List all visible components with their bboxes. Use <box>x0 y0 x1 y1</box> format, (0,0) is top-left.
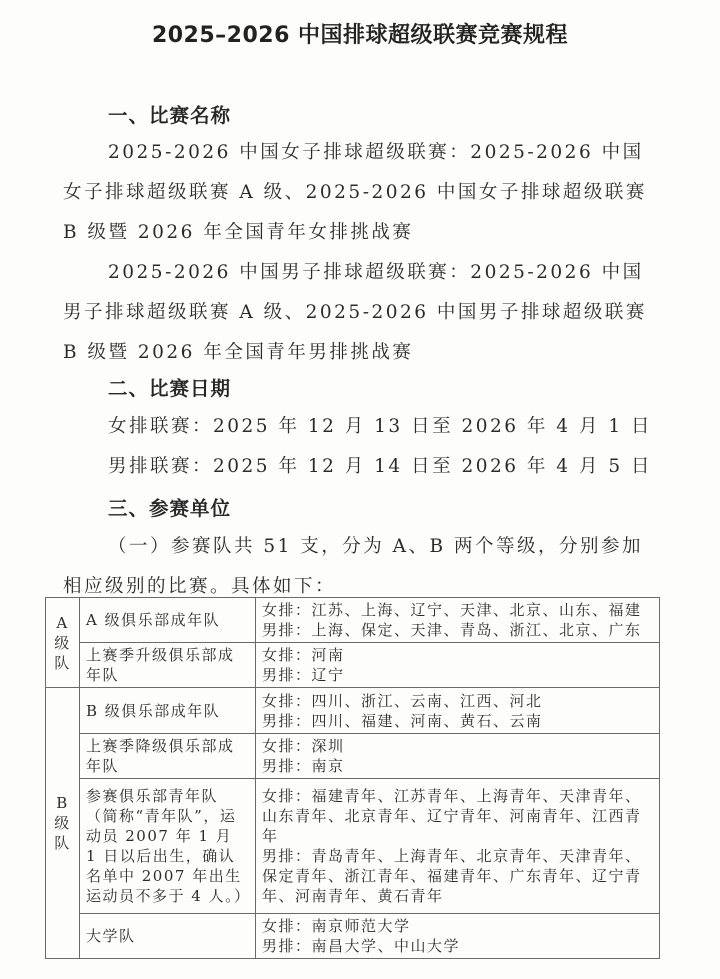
teams-cell: 女排：四川、浙江、云南、江西、河北男排：四川、福建、河南、黄石、云南 <box>256 688 660 734</box>
section-heading-participants: 三、参赛单位 <box>108 493 231 521</box>
section-heading-competition-name: 一、比赛名称 <box>108 100 231 128</box>
paragraph-men-league-name: 2025-2026 中国男子排球超级联赛：2025-2026 中国男子排球超级联… <box>63 253 663 373</box>
teams-cell: 女排：河南男排：辽宁 <box>256 643 660 688</box>
section-heading-competition-dates: 二、比赛日期 <box>108 373 231 401</box>
category-cell: 大学队 <box>80 914 256 959</box>
category-cell: B 级俱乐部成年队 <box>80 688 256 734</box>
table-row: 大学队 女排：南京师范大学男排：南昌大学、中山大学 <box>46 914 660 959</box>
table-row: 上赛季升级俱乐部成年队 女排：河南男排：辽宁 <box>46 643 660 688</box>
table-row: B级队 B 级俱乐部成年队 女排：四川、浙江、云南、江西、河北男排：四川、福建、… <box>46 688 660 734</box>
participants-intro: （一）参赛队共 51 支，分为 A、B 两个等级，分别参加相应级别的比赛。具体如… <box>63 527 663 607</box>
participating-teams-table: A级队 A 级俱乐部成年队 女排：江苏、上海、辽宁、天津、北京、山东、福建男排：… <box>45 597 660 959</box>
men-league-dates: 男排联赛：2025 年 12 月 14 日至 2026 年 4 月 5 日 <box>108 452 652 478</box>
women-league-dates: 女排联赛：2025 年 12 月 13 日至 2026 年 4 月 1 日 <box>108 412 652 438</box>
table-row: 参赛俱乐部青年队（简称“青年队”，运动员 2007 年 1 月 1 日以后出生，… <box>46 779 660 914</box>
document-title: 2025–2026 中国排球超级联赛竞赛规程 <box>0 18 720 49</box>
category-cell: 参赛俱乐部青年队（简称“青年队”，运动员 2007 年 1 月 1 日以后出生，… <box>80 779 256 914</box>
teams-cell: 女排：深圳男排：南京 <box>256 734 660 779</box>
teams-cell: 女排：南京师范大学男排：南昌大学、中山大学 <box>256 914 660 959</box>
teams-cell: 女排：福建青年、江苏青年、上海青年、天津青年、山东青年、北京青年、辽宁青年、河南… <box>256 779 660 914</box>
table-row: 上赛季降级俱乐部成年队 女排：深圳男排：南京 <box>46 734 660 779</box>
teams-cell: 女排：江苏、上海、辽宁、天津、北京、山东、福建男排：上海、保定、天津、青岛、浙江… <box>256 598 660 643</box>
category-cell: 上赛季升级俱乐部成年队 <box>80 643 256 688</box>
tier-label-b: B级队 <box>46 688 80 959</box>
tier-label-a: A级队 <box>46 598 80 688</box>
category-cell: A 级俱乐部成年队 <box>80 598 256 643</box>
category-cell: 上赛季降级俱乐部成年队 <box>80 734 256 779</box>
paragraph-women-league-name: 2025-2026 中国女子排球超级联赛：2025-2026 中国女子排球超级联… <box>63 133 663 253</box>
table-row: A级队 A 级俱乐部成年队 女排：江苏、上海、辽宁、天津、北京、山东、福建男排：… <box>46 598 660 643</box>
